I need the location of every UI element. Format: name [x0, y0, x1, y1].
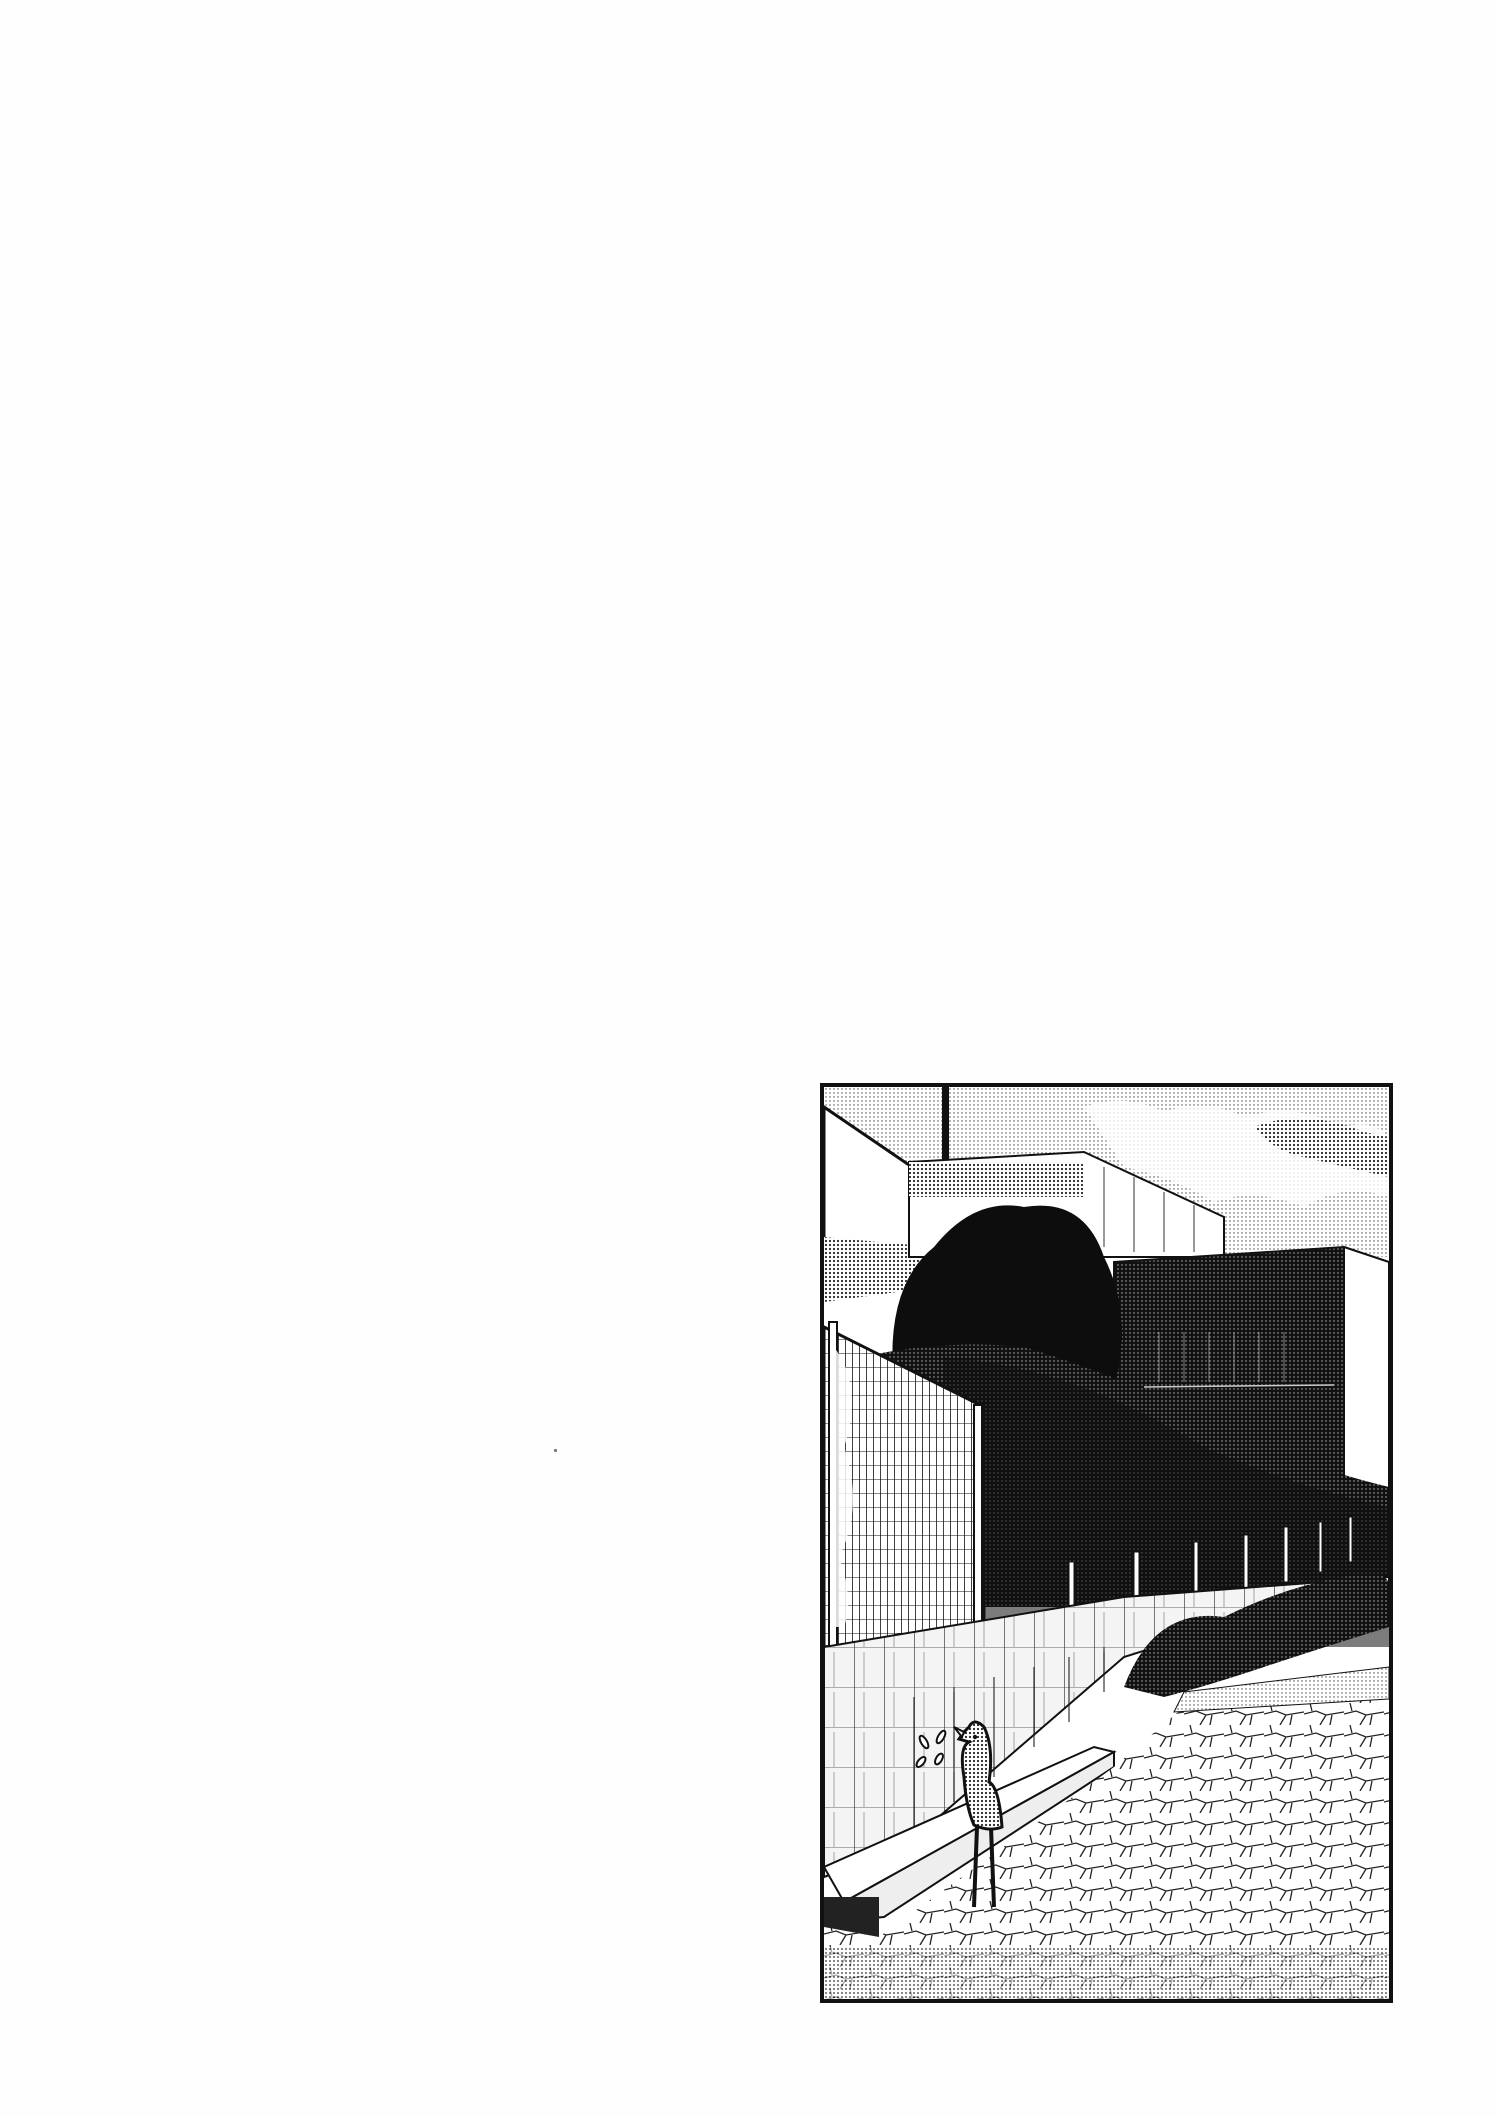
- comic-panel: [820, 1083, 1393, 2003]
- manga-page: [0, 0, 1496, 2116]
- bird-eye: [973, 1735, 977, 1739]
- ink-speck: [554, 1449, 557, 1452]
- panel-illustration: [824, 1087, 1389, 1999]
